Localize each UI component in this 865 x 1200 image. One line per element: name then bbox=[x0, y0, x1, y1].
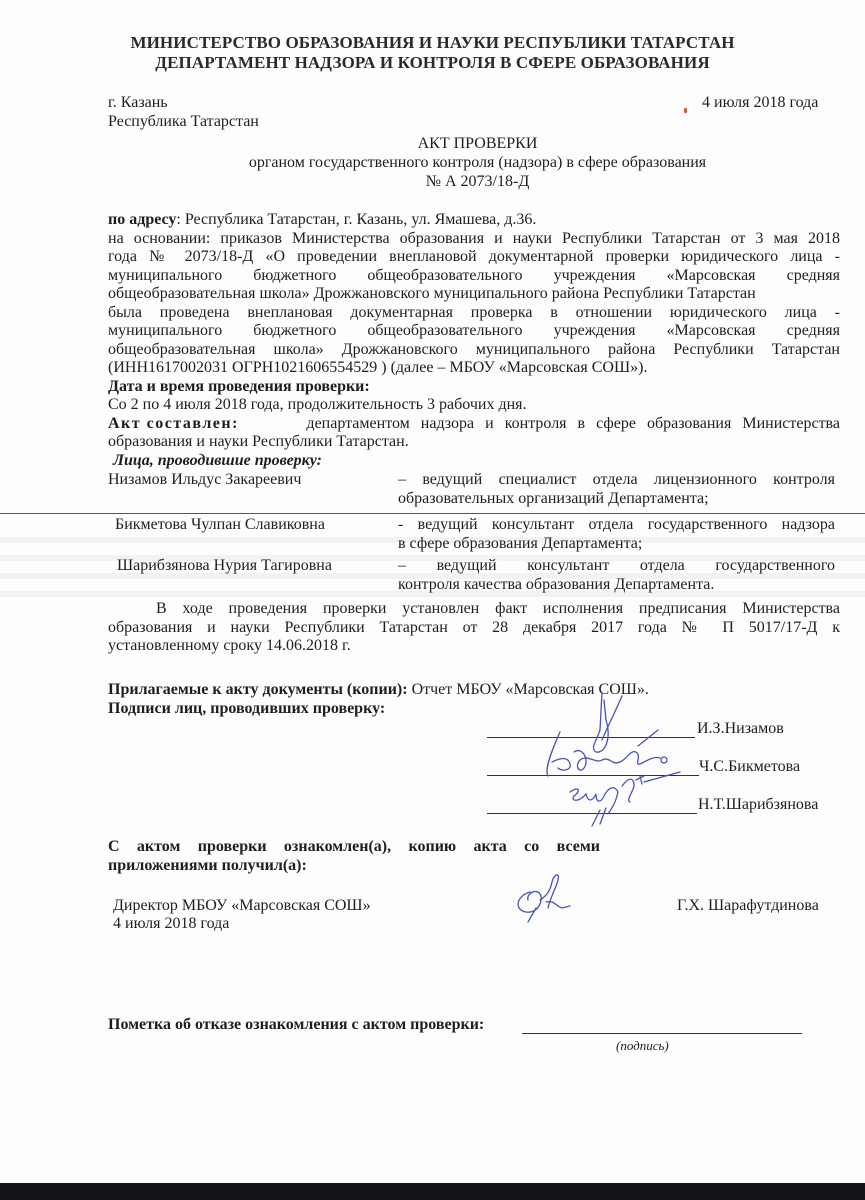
director-position: Директор МБОУ «Марсовская СОШ» bbox=[113, 897, 371, 915]
basis-line: (ИНН1617002031 ОГРН1021606554529 ) (дале… bbox=[108, 359, 647, 377]
act-subtitle: органом государственного контроля (надзо… bbox=[45, 154, 865, 172]
ink-speck bbox=[684, 108, 687, 113]
signer-name: Ч.С.Бикметова bbox=[699, 758, 800, 776]
acknowledgement-date: 4 июля 2018 года bbox=[113, 915, 229, 933]
basis-line: муниципального бюджетного общеобразовате… bbox=[108, 267, 840, 285]
address-value: : Республика Татарстан, г. Казань, ул. Я… bbox=[176, 211, 536, 228]
person-name: Шарибзянова Нурия Тагировна bbox=[117, 557, 332, 575]
person-name: Бикметова Чулпан Славиковна bbox=[115, 516, 325, 534]
person-name: Низамов Ильдус Закареевич bbox=[108, 471, 301, 489]
person-role-cont: образовательных организаций Департамента… bbox=[398, 490, 709, 508]
finding-line: установленному сроку 14.06.2018 г. bbox=[108, 637, 351, 655]
person-role-cont: контроля качества образования Департамен… bbox=[398, 576, 714, 594]
finding-line: В ходе проведения проверки установлен фа… bbox=[156, 600, 840, 618]
basis-line: года № 2073/18-Д «О проведении внепланов… bbox=[108, 248, 840, 266]
director-name: Г.Х. Шарафутдинова bbox=[677, 897, 819, 915]
ministry-header: МИНИСТЕРСТВО ОБРАЗОВАНИЯ И НАУКИ РЕСПУБЛ… bbox=[0, 33, 865, 53]
scan-edge-band bbox=[0, 1183, 865, 1200]
city: г. Казань bbox=[108, 94, 168, 112]
refusal-signature-line bbox=[522, 1033, 802, 1034]
composed-label: Акт составлен: bbox=[108, 415, 239, 433]
basis-line: на основании: приказов Министерства обра… bbox=[108, 230, 840, 248]
basis-line: муниципального бюджетного общеобразовате… bbox=[108, 322, 840, 340]
composed-line: Акт составлен: департаментом надзора и к… bbox=[108, 415, 840, 433]
republic: Республика Татарстан bbox=[108, 113, 259, 131]
acknowledgement-line: С актом проверки ознакомлен(а), копию ак… bbox=[108, 838, 600, 856]
signer-name: Н.Т.Шарибзянова bbox=[698, 796, 818, 814]
acknowledgement-line-2: приложениями получил(а): bbox=[108, 857, 307, 875]
department-header: ДЕПАРТАМЕНТ НАДЗОРА И КОНТРОЛЯ В СФЕРЕ О… bbox=[0, 53, 865, 73]
refusal-label: Пометка об отказе ознакомления с актом п… bbox=[108, 1016, 484, 1034]
address-label: по адресу bbox=[108, 211, 176, 228]
person-role: – ведущий специалист отдела лицензионног… bbox=[398, 471, 835, 489]
basis-line: была проведена внеплановая документарная… bbox=[108, 304, 840, 322]
handwritten-signatures-icon bbox=[530, 690, 690, 830]
composed-text: департаментом надзора и контроля в сфере… bbox=[306, 415, 840, 433]
divider-rule bbox=[0, 513, 865, 514]
signatures-label: Подписи лиц, проводивших проверку: bbox=[108, 700, 385, 718]
datetime-value: Со 2 по 4 июля 2018 года, продолжительно… bbox=[108, 396, 527, 414]
basis-line: общеобразовательная школа» Дрожжановског… bbox=[108, 285, 808, 303]
signer-name: И.З.Низамов bbox=[697, 720, 784, 738]
director-signature-icon bbox=[510, 870, 580, 925]
person-role: - ведущий консультант отдела государстве… bbox=[398, 516, 835, 534]
attachments-label: Прилагаемые к акту документы (копии): bbox=[108, 681, 408, 698]
datetime-label: Дата и время проведения проверки: bbox=[108, 378, 370, 396]
signature-caption: (подпись) bbox=[616, 1038, 669, 1054]
document-date: 4 июля 2018 года bbox=[702, 94, 818, 112]
person-role: – ведущий консультант отдела государстве… bbox=[398, 557, 835, 575]
act-number: № А 2073/18-Д bbox=[45, 173, 865, 191]
composed-line-2: образования и науки Республики Татарстан… bbox=[108, 433, 409, 451]
persons-label: Лица, проводившие проверку: bbox=[113, 452, 322, 470]
act-title: АКТ ПРОВЕРКИ bbox=[45, 135, 865, 153]
basis-line: общеобразовательная школа» Дрожжановског… bbox=[108, 341, 840, 359]
address-line: по адресу: Республика Татарстан, г. Каза… bbox=[108, 211, 536, 229]
person-role-cont: в сфере образования Департамента; bbox=[398, 535, 642, 553]
finding-line: образования и науки Республики Татарстан… bbox=[108, 619, 840, 637]
